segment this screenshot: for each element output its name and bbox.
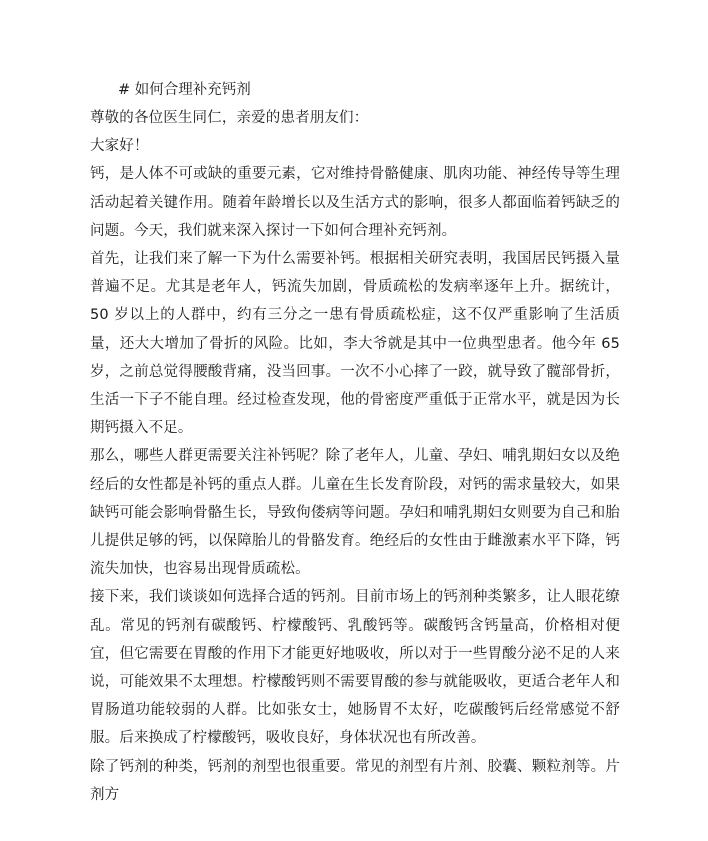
document-title: # 如何合理补充钙剂 <box>90 76 620 104</box>
document-page: # 如何合理补充钙剂 尊敬的各位医生同仁，亲爱的患者朋友们： 大家好！ 钙，是人… <box>90 76 620 809</box>
paragraph-salutation: 尊敬的各位医生同仁，亲爱的患者朋友们： <box>90 104 620 132</box>
paragraph-dosage-forms: 除了钙剂的种类，钙剂的剂型也很重要。常见的剂型有片剂、胶囊、颗粒剂等。片剂方 <box>90 753 620 809</box>
paragraph-choosing-supplement: 接下来，我们谈谈如何选择合适的钙剂。目前市场上的钙剂种类繁多，让人眼花缭乱。常见… <box>90 583 620 752</box>
paragraph-target-groups: 那么，哪些人群更需要关注补钙呢？除了老年人，儿童、孕妇、哺乳期妇女以及绝经后的女… <box>90 442 620 583</box>
paragraph-intro: 钙，是人体不可或缺的重要元素，它对维持骨骼健康、肌肉功能、神经传导等生理活动起着… <box>90 160 620 245</box>
paragraph-why-calcium: 首先，让我们来了解一下为什么需要补钙。根据相关研究表明，我国居民钙摄入量普遍不足… <box>90 245 620 442</box>
paragraph-greeting: 大家好！ <box>90 132 620 160</box>
